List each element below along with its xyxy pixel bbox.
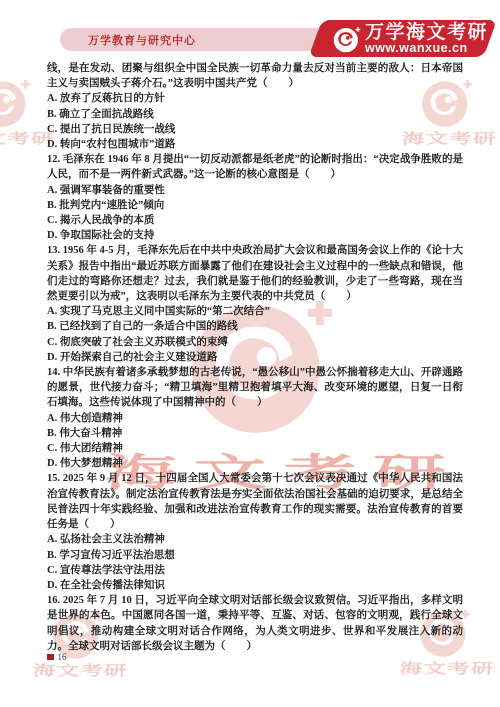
wanxue-bird-logo-icon (0, 76, 33, 128)
option-line: D. 在全社会传播法律知识 (47, 578, 463, 593)
option-line: D. 转向“农村包围城市”道路 (47, 137, 463, 152)
option-line: C. 揭示人民战争的本质 (47, 213, 463, 228)
watermark-text: 海文考研 (33, 660, 124, 680)
question-stem: 16. 2025 年 7 月 10 日，习近平向全球文明对话部长级会议致贺信。习… (47, 593, 463, 654)
option-line: B. 学习宣传习近平法治思想 (47, 548, 463, 563)
option-line: C. 彻底突破了社会主义苏联模式的束缚 (47, 335, 463, 350)
watermark-text: 海文考研 (400, 658, 491, 678)
question-stem: 13. 1956 年 4-5 月，毛泽东先后在中共中央政治局扩大会议和最高国务会… (47, 243, 463, 304)
watermark-tile: 海文考研 (0, 76, 47, 158)
org-label: 万学教育与研究中心 (88, 32, 196, 48)
option-line: A. 强调军事装备的重要性 (47, 183, 463, 198)
page-number: 16 (58, 652, 67, 662)
page-marker-icon (47, 654, 54, 661)
option-line: C. 宣传尊法学法守法用法 (47, 563, 463, 578)
option-line: D. 伟大梦想精神 (47, 456, 463, 471)
page-footer: 16 (47, 652, 67, 662)
question-stem: 15. 2025 年 9 月 12 日，十四届全国人大常委会第十七次会议表决通过… (47, 471, 463, 532)
brand-text-block: 万学海文考研 www.wanxue.cn (365, 23, 488, 55)
page-header: 万学教育与研究中心 万学海文考研 www.wanxue.cn (0, 0, 500, 60)
option-line: C. 提出了抗日民族统一战线 (47, 122, 463, 137)
question-stem: 14. 中华民族有着诸多承载梦想的古老传说，“愚公移山”中愚公怀揣着移走大山、开… (47, 365, 463, 411)
brand-name: 万学海文考研 (365, 23, 488, 42)
watermark-text: 海文考研 (0, 128, 50, 148)
document-page: { "header": { "org_label": "万学教育与研究中心", … (0, 0, 500, 707)
option-line: B. 已经找到了自己的一条适合中国的路线 (47, 319, 463, 334)
question-list: 线，是在发动、团聚与组织全中国全民族一切革命力量去反对当前主要的敌人：日本帝国主… (47, 61, 463, 654)
option-line: A. 伟大创造精神 (47, 411, 463, 426)
org-banner: 万学教育与研究中心 (60, 28, 318, 51)
option-line: B. 伟大奋斗精神 (47, 426, 463, 441)
wanxue-bird-logo-icon (332, 25, 359, 52)
question-stem: 12. 毛泽东在 1946 年 8 月提出“一切反动派都是纸老虎”的论断时指出：… (47, 152, 463, 182)
option-line: A. 放弃了反蒋抗日的方针 (47, 91, 463, 106)
option-line: B. 批判党内“速胜论”倾向 (47, 198, 463, 213)
brand-banner: 万学海文考研 www.wanxue.cn (309, 20, 497, 57)
brand-url: www.wanxue.cn (365, 42, 488, 55)
brand-banner-inner: 万学海文考研 www.wanxue.cn (322, 20, 497, 57)
option-line: A. 弘扬社会主义法治精神 (47, 532, 463, 547)
option-line: A. 实现了马克思主义同中国实际的“第二次结合” (47, 304, 463, 319)
question-stem: 线，是在发动、团聚与组织全中国全民族一切革命力量去反对当前主要的敌人：日本帝国主… (47, 61, 463, 91)
option-line: D. 开始探索自己的社会主义建设道路 (47, 350, 463, 365)
option-line: B. 确立了全面抗战路线 (47, 107, 463, 122)
option-line: D. 争取国际社会的支持 (47, 228, 463, 243)
option-line: C. 伟大团结精神 (47, 441, 463, 456)
